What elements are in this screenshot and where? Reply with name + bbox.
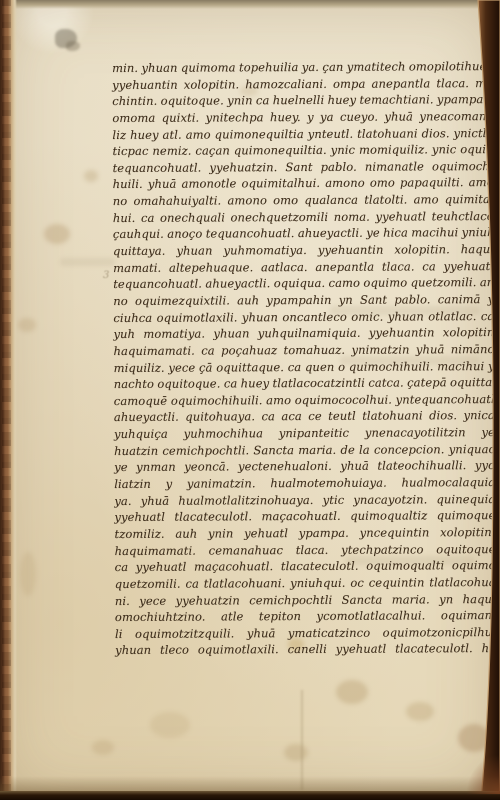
manuscript-line: ticpac nemiz. caçan quimonequiltia. ynic… — [112, 141, 493, 160]
manuscript-line: yhuan tleco oquimotlaxili. canelli yyehu… — [115, 640, 496, 659]
manuscript-line: quetzomili. ca tlatlacohuani. yniuhqui. … — [115, 574, 496, 593]
manuscript-line: haquimamati. ca poçahuaz tomahuaz. ynima… — [113, 341, 494, 360]
binding-corner — [466, 754, 500, 794]
stain — [44, 224, 70, 244]
manuscript-line: ni. yece yyehuatzin cemichpochtli Sancta… — [115, 590, 496, 609]
spine-texture — [2, 0, 11, 800]
manuscript-line: ca yyehuatl maçacohuatl. tlacateculotl. … — [115, 557, 496, 576]
manuscript-line: çauhqui. anoço tequancohuatl. ahueyactli… — [113, 224, 494, 243]
manuscript-line: omoma quixti. ynitechpa huey. y ya cueyo… — [112, 108, 493, 127]
book-photo: 3 min. yhuan quimoma topehuilia ya. çan … — [0, 0, 500, 800]
manuscript-line: no omahahuiyalti. amono omo qualanca tla… — [113, 191, 494, 210]
stain — [20, 552, 36, 596]
manuscript-line: tequancohuatl. ahueyactli. oquiqua. camo… — [113, 274, 494, 293]
manuscript-line: ye ynman yeoncā. yectenehualoni. yhuā tl… — [114, 457, 495, 476]
stain — [92, 740, 114, 755]
stain — [406, 702, 434, 721]
page-bottom-shadow — [0, 776, 500, 792]
stain — [18, 318, 36, 332]
manuscript-line: huatzin cemichpochtli. Sancta maria. de … — [114, 441, 495, 460]
stain — [336, 680, 368, 704]
manuscript-line: miquiliz. yece çā oquittaque. ca quen o … — [114, 358, 495, 377]
manuscript-line: ya. yhuā hualmotlalitzinohuaya. ytic yna… — [114, 491, 495, 510]
manuscript-line: yyehuantin xolopitin. hamozcaliani. ompa… — [112, 75, 493, 94]
manuscript-line: nachto oquitoque. ca huey tlatlacocatzin… — [114, 374, 495, 393]
showthrough-text-smudge — [60, 258, 115, 266]
manuscript-line: yyehuatl tlacateculotl. maçacohuatl. qui… — [114, 507, 495, 526]
manuscript-line: chintin. oquitoque. ynin ca huelnelli hu… — [112, 91, 493, 110]
manuscript-line: huili. yhuā amonotle oquimitalhui. amono… — [113, 174, 494, 193]
manuscript-line: ciuhca oquimotlaxili. yhuan oncantleco o… — [113, 308, 494, 327]
manuscript-line: tzomiliz. auh ynin yehuatl ypampa. ynceq… — [114, 524, 495, 543]
stain — [84, 170, 98, 182]
manuscript-line: ahueyactli. quitohuaya. ca aca ce teutl … — [114, 407, 495, 426]
manuscript-line: quittaya. yhuan yuhmomatiya. yyehuantin … — [113, 241, 494, 260]
manuscript-line: yuhquiça yuhmochihua ynipanteitic ynenac… — [114, 424, 495, 443]
showthrough-number: 3 — [103, 270, 109, 281]
ink-smudge — [66, 41, 80, 51]
stain — [150, 712, 190, 738]
manuscript-line: omochiuhtzino. atle tepiton ycomotlatlac… — [115, 607, 496, 626]
manuscript-page: 3 min. yhuan quimoma topehuilia ya. çan … — [0, 0, 500, 800]
manuscript-line: mamati. altepehuaque. aatlaca. anepantla… — [113, 258, 494, 277]
manuscript-line: liatzin y yanimatzin. hualmotemohuiaya. … — [114, 474, 495, 493]
manuscript-line: min. yhuan quimoma topehuilia ya. çan ym… — [112, 58, 493, 77]
manuscript-line: haquimamati. cemanahuac tlaca. ytechpatz… — [115, 541, 496, 560]
manuscript-line: no oquimezquixtili. auh ypampahin yn San… — [113, 291, 494, 310]
book-bottom-edge — [0, 791, 500, 800]
crease-line — [301, 690, 303, 790]
manuscript-line: hui. ca onechquali onechquetzomili noma.… — [113, 208, 494, 227]
stain — [284, 744, 308, 761]
manuscript-text-block: min. yhuan quimoma topehuilia ya. çan ym… — [112, 58, 496, 662]
manuscript-line: li oquimotzitzquili. yhuā ymaticatzinco … — [115, 624, 496, 643]
manuscript-line: tequancohuatl. yyehuatzin. Sant pablo. n… — [113, 158, 494, 177]
book-spine-edge — [0, 0, 17, 800]
manuscript-line: camoquē oquimochihuili. amo oquimococolh… — [114, 391, 495, 410]
manuscript-line: liz huey atl. amo quimonequiltia ynteutl… — [112, 125, 493, 144]
manuscript-line: yuh momatiya. yhuan yuhquilnamiquia. yye… — [113, 324, 494, 343]
right-page-curl-edge — [470, 0, 500, 800]
page-top-edge — [0, 0, 500, 9]
